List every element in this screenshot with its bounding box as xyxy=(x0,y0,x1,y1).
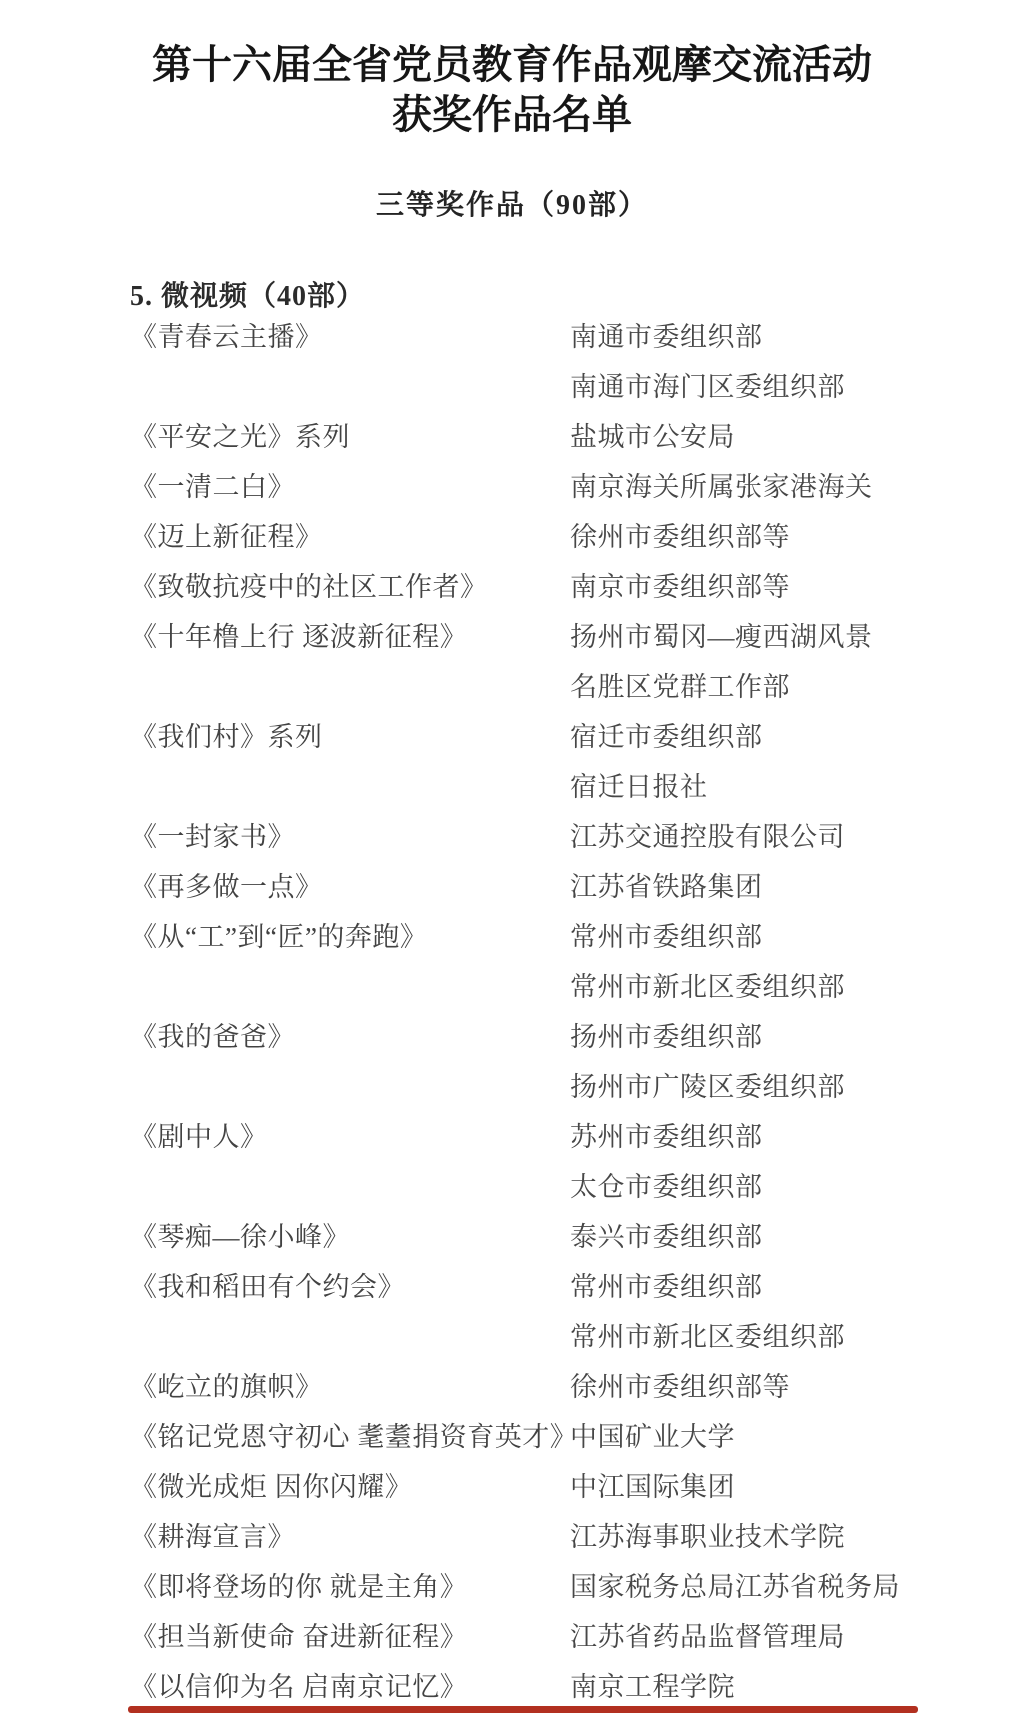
list-row: 《屹立的旗帜》徐州市委组织部等 xyxy=(0,1362,1024,1412)
org-name: 宿迁日报社 xyxy=(570,772,708,802)
org-name: 南通市委组织部 xyxy=(570,322,763,352)
org-name: 扬州市委组织部 xyxy=(570,1022,763,1052)
list-row: 《再多做一点》江苏省铁路集团 xyxy=(0,862,1024,912)
list-row: 《担当新使命 奋进新征程》江苏省药品监督管理局 xyxy=(0,1612,1024,1662)
list-row: 《即将登场的你 就是主角》国家税务总局江苏省税务局 xyxy=(0,1562,1024,1612)
list-row: 《剧中人》苏州市委组织部 xyxy=(0,1112,1024,1162)
work-title: 《致敬抗疫中的社区工作者》 xyxy=(130,572,488,602)
work-title: 《微光成炬 因你闪耀》 xyxy=(130,1472,412,1502)
org-name: 南通市海门区委组织部 xyxy=(570,372,845,402)
org-name: 江苏省药品监督管理局 xyxy=(570,1622,845,1652)
list-row: 《一清二白》南京海关所属张家港海关 xyxy=(0,462,1024,512)
list-row: 《一封家书》江苏交通控股有限公司 xyxy=(0,812,1024,862)
work-title: 《琴痴—徐小峰》 xyxy=(130,1222,350,1252)
work-title: 《迈上新征程》 xyxy=(130,522,323,552)
list-row: 《我们村》系列宿迁市委组织部 xyxy=(0,712,1024,762)
list-row: 宿迁日报社 xyxy=(0,762,1024,812)
work-title: 《一清二白》 xyxy=(130,472,295,502)
list-row: 名胜区党群工作部 xyxy=(0,662,1024,712)
org-name: 徐州市委组织部等 xyxy=(570,522,790,552)
org-name: 盐城市公安局 xyxy=(570,422,735,452)
list-row: 《耕海宣言》江苏海事职业技术学院 xyxy=(0,1512,1024,1562)
work-title: 《耕海宣言》 xyxy=(130,1522,295,1552)
org-name: 中江国际集团 xyxy=(570,1472,735,1502)
org-name: 宿迁市委组织部 xyxy=(570,722,763,752)
work-title: 《担当新使命 奋进新征程》 xyxy=(130,1622,467,1652)
prize-section-heading: 三等奖作品（90部） xyxy=(0,190,1024,222)
list-row: 《从“工”到“匠”的奔跑》常州市委组织部 xyxy=(0,912,1024,962)
work-title: 《我的爸爸》 xyxy=(130,1022,295,1052)
work-title: 《从“工”到“匠”的奔跑》 xyxy=(130,922,427,952)
org-name: 苏州市委组织部 xyxy=(570,1122,763,1152)
list-row: 《琴痴—徐小峰》泰兴市委组织部 xyxy=(0,1212,1024,1262)
org-name: 国家税务总局江苏省税务局 xyxy=(570,1572,900,1602)
document-title: 第十六届全省党员教育作品观摩交流活动 获奖作品名单 xyxy=(0,40,1024,140)
work-title: 《剧中人》 xyxy=(130,1122,268,1152)
work-title: 《铭记党恩守初心 耄耋捐资育英才》 xyxy=(130,1422,577,1452)
list-row: 常州市新北区委组织部 xyxy=(0,1312,1024,1362)
work-title: 《一封家书》 xyxy=(130,822,295,852)
list-row: 《我和稻田有个约会》常州市委组织部 xyxy=(0,1262,1024,1312)
org-name: 名胜区党群工作部 xyxy=(570,672,790,702)
org-name: 江苏交通控股有限公司 xyxy=(570,822,845,852)
list-row: 扬州市广陵区委组织部 xyxy=(0,1062,1024,1112)
org-name: 南京海关所属张家港海关 xyxy=(570,472,873,502)
list-row: 南通市海门区委组织部 xyxy=(0,362,1024,412)
work-title: 《青春云主播》 xyxy=(130,322,323,352)
work-title: 《屹立的旗帜》 xyxy=(130,1372,323,1402)
list-row: 《以信仰为名 启南京记忆》南京工程学院 xyxy=(0,1662,1024,1712)
list-row: 《平安之光》系列盐城市公安局 xyxy=(0,412,1024,462)
red-underline-divider xyxy=(128,1706,918,1713)
list-row: 《致敬抗疫中的社区工作者》南京市委组织部等 xyxy=(0,562,1024,612)
org-name: 扬州市广陵区委组织部 xyxy=(570,1072,845,1102)
work-title: 《平安之光》系列 xyxy=(130,422,350,452)
award-list: 《青春云主播》南通市委组织部南通市海门区委组织部《平安之光》系列盐城市公安局《一… xyxy=(0,312,1024,1712)
category-heading: 5. 微视频（40部） xyxy=(130,281,365,312)
list-row: 《十年橹上行 逐波新征程》扬州市蜀冈—瘦西湖风景 xyxy=(0,612,1024,662)
org-name: 江苏省铁路集团 xyxy=(570,872,763,902)
org-name: 常州市新北区委组织部 xyxy=(570,1322,845,1352)
list-row: 常州市新北区委组织部 xyxy=(0,962,1024,1012)
document-title-line2: 获奖作品名单 xyxy=(0,90,1024,140)
org-name: 南京工程学院 xyxy=(570,1672,735,1702)
document-title-line1: 第十六届全省党员教育作品观摩交流活动 xyxy=(0,40,1024,90)
work-title: 《以信仰为名 启南京记忆》 xyxy=(130,1672,467,1702)
org-name: 江苏海事职业技术学院 xyxy=(570,1522,845,1552)
org-name: 南京市委组织部等 xyxy=(570,572,790,602)
org-name: 中国矿业大学 xyxy=(570,1422,735,1452)
work-title: 《我和稻田有个约会》 xyxy=(130,1272,405,1302)
list-row: 太仓市委组织部 xyxy=(0,1162,1024,1212)
list-row: 《铭记党恩守初心 耄耋捐资育英才》中国矿业大学 xyxy=(0,1412,1024,1462)
org-name: 常州市新北区委组织部 xyxy=(570,972,845,1002)
work-title: 《再多做一点》 xyxy=(130,872,323,902)
list-row: 《微光成炬 因你闪耀》中江国际集团 xyxy=(0,1462,1024,1512)
work-title: 《即将登场的你 就是主角》 xyxy=(130,1572,467,1602)
org-name: 徐州市委组织部等 xyxy=(570,1372,790,1402)
org-name: 泰兴市委组织部 xyxy=(570,1222,763,1252)
org-name: 太仓市委组织部 xyxy=(570,1172,763,1202)
org-name: 常州市委组织部 xyxy=(570,1272,763,1302)
list-row: 《青春云主播》南通市委组织部 xyxy=(0,312,1024,362)
list-row: 《迈上新征程》徐州市委组织部等 xyxy=(0,512,1024,562)
org-name: 常州市委组织部 xyxy=(570,922,763,952)
work-title: 《十年橹上行 逐波新征程》 xyxy=(130,622,467,652)
document-page: 第十六届全省党员教育作品观摩交流活动 获奖作品名单 三等奖作品（90部） 5. … xyxy=(0,0,1024,1726)
org-name: 扬州市蜀冈—瘦西湖风景 xyxy=(570,622,873,652)
list-row: 《我的爸爸》扬州市委组织部 xyxy=(0,1012,1024,1062)
work-title: 《我们村》系列 xyxy=(130,722,323,752)
